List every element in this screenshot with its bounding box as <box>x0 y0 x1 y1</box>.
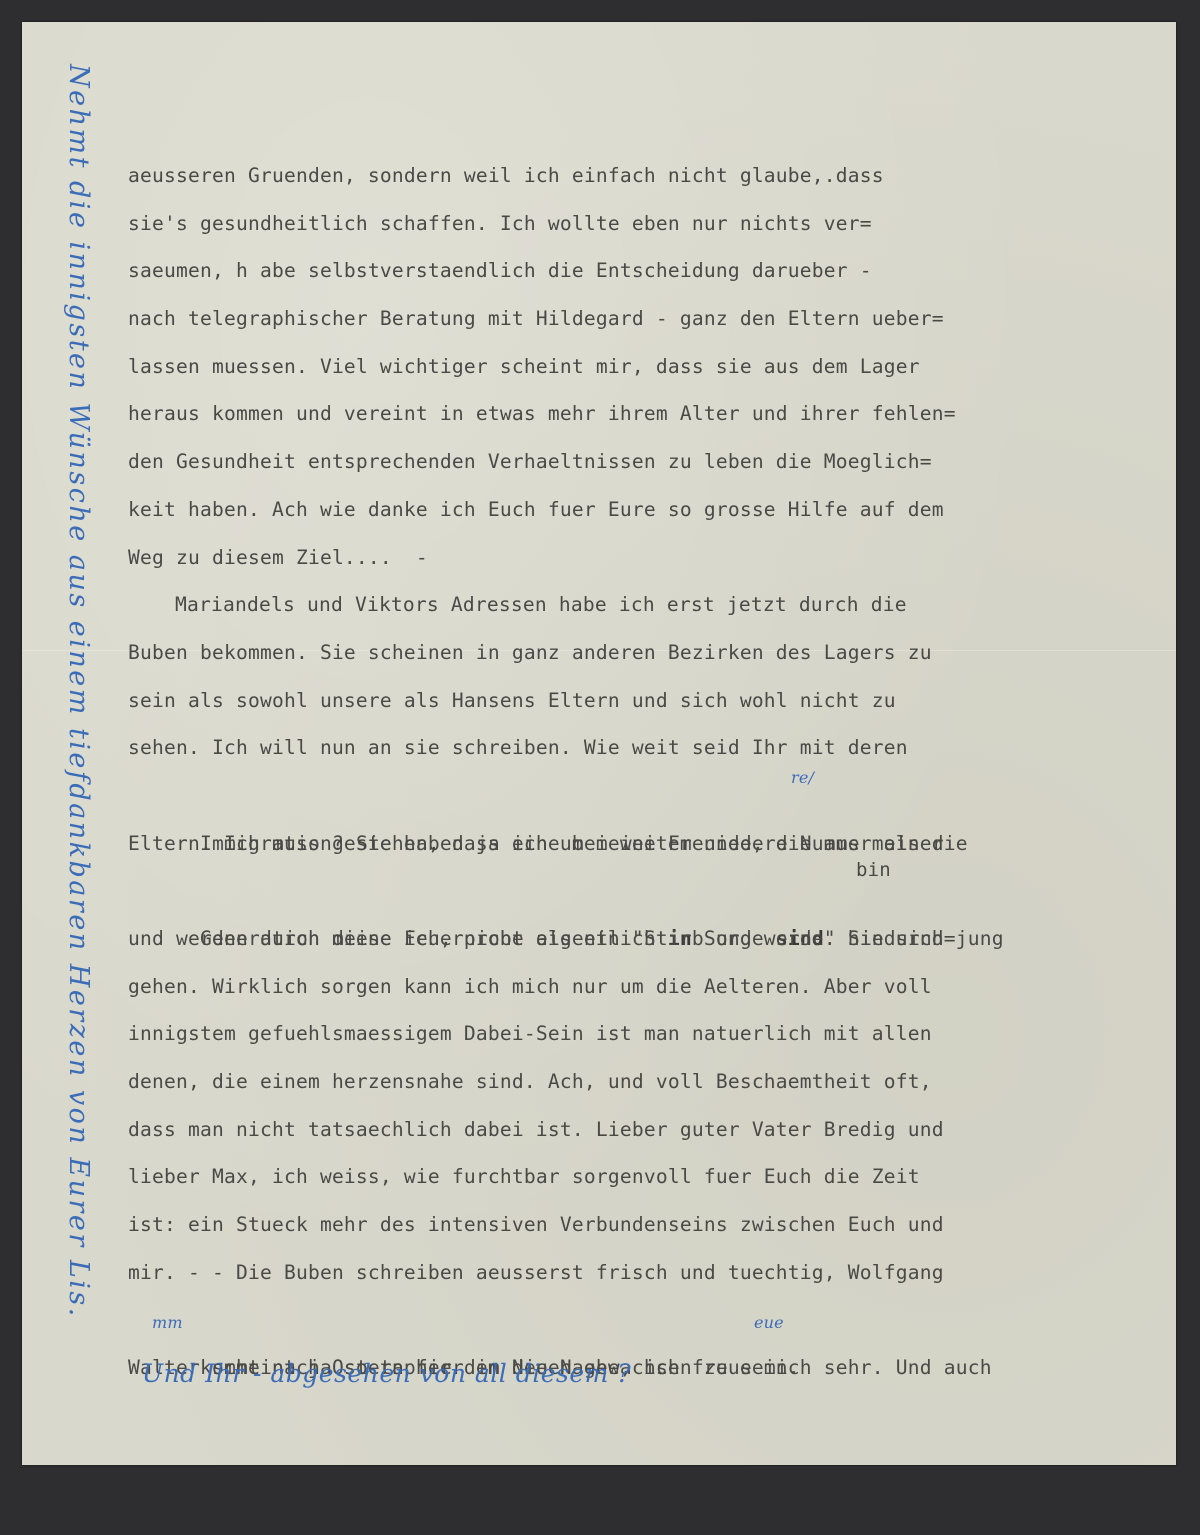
typed-line-with-correction: Immigration? Sie haben ja eine bei weite… <box>128 772 1158 820</box>
typed-line: nach telegraphischer Beratung mit Hildeg… <box>128 295 1158 343</box>
typed-line: sein als sowohl unsere als Hansens Elter… <box>128 677 1158 725</box>
typed-line: den Gesundheit entsprechenden Verhaeltni… <box>128 438 1158 486</box>
typed-line: Buben bekommen. Sie scheinen in ganz and… <box>128 629 1158 677</box>
typed-line: Eltern. Ich muss gestehen, dass ich um m… <box>128 820 1158 868</box>
handwritten-correction-re: re/ <box>791 770 814 786</box>
typed-body: aeusseren Gruenden, sondern weil ich ein… <box>128 152 1158 1392</box>
typed-line: lieber Max, ich weiss, wie furchtbar sor… <box>128 1153 1158 1201</box>
typed-insertion: bin <box>856 861 891 880</box>
letter-page: Nehmt die innigsten Wünsche aus einem ti… <box>22 22 1176 1465</box>
typed-line: und werden durch diese Feuerprobe als ei… <box>128 915 1158 963</box>
typed-line: heraus kommen und vereint in etwas mehr … <box>128 390 1158 438</box>
handwritten-margin-note: Nehmt die innigsten Wünsche aus einem ti… <box>63 64 94 1284</box>
typed-line: aeusseren Gruenden, sondern weil ich ein… <box>128 152 1158 200</box>
handwritten-correction-mm: mm <box>152 1315 183 1331</box>
typed-line: dass man nicht tatsaechlich dabei ist. L… <box>128 1106 1158 1154</box>
typed-line: saeumen, h abe selbstverstaendlich die E… <box>128 247 1158 295</box>
typed-line: mir. - - Die Buben schreiben aeusserst f… <box>128 1249 1158 1297</box>
typed-line: denen, die einem herzensnahe sind. Ach, … <box>128 1058 1158 1106</box>
typed-line: ist: ein Stueck mehr des intensiven Verb… <box>128 1201 1158 1249</box>
handwritten-postscript: Und Ihr - abgesehen von all diesem ? <box>142 1359 631 1388</box>
typed-line: Weg zu diesem Ziel.... - <box>128 534 1158 582</box>
typed-line: sie's gesundheitlich schaffen. Ich wollt… <box>128 200 1158 248</box>
typed-line: gehen. Wirklich sorgen kann ich mich nur… <box>128 963 1158 1011</box>
handwritten-correction-eue: eue <box>754 1315 784 1331</box>
typed-line: lassen muessen. Viel wichtiger scheint m… <box>128 343 1158 391</box>
typed-line: sehen. Ich will nun an sie schreiben. Wi… <box>128 724 1158 772</box>
typed-line: innigstem gefuehlsmaessigem Dabei-Sein i… <box>128 1010 1158 1058</box>
typed-line-with-correction: kommt nach Ostern hier in die Naehe, ich… <box>128 1297 1158 1345</box>
typed-line-paragraph-start: Mariandels und Viktors Adressen habe ich… <box>128 581 1158 629</box>
typed-line: keit haben. Ach wie danke ich Euch fuer … <box>128 486 1158 534</box>
typed-line-with-strikeouts: Generation meine ich, nicht eigentlich i… <box>128 867 1158 915</box>
